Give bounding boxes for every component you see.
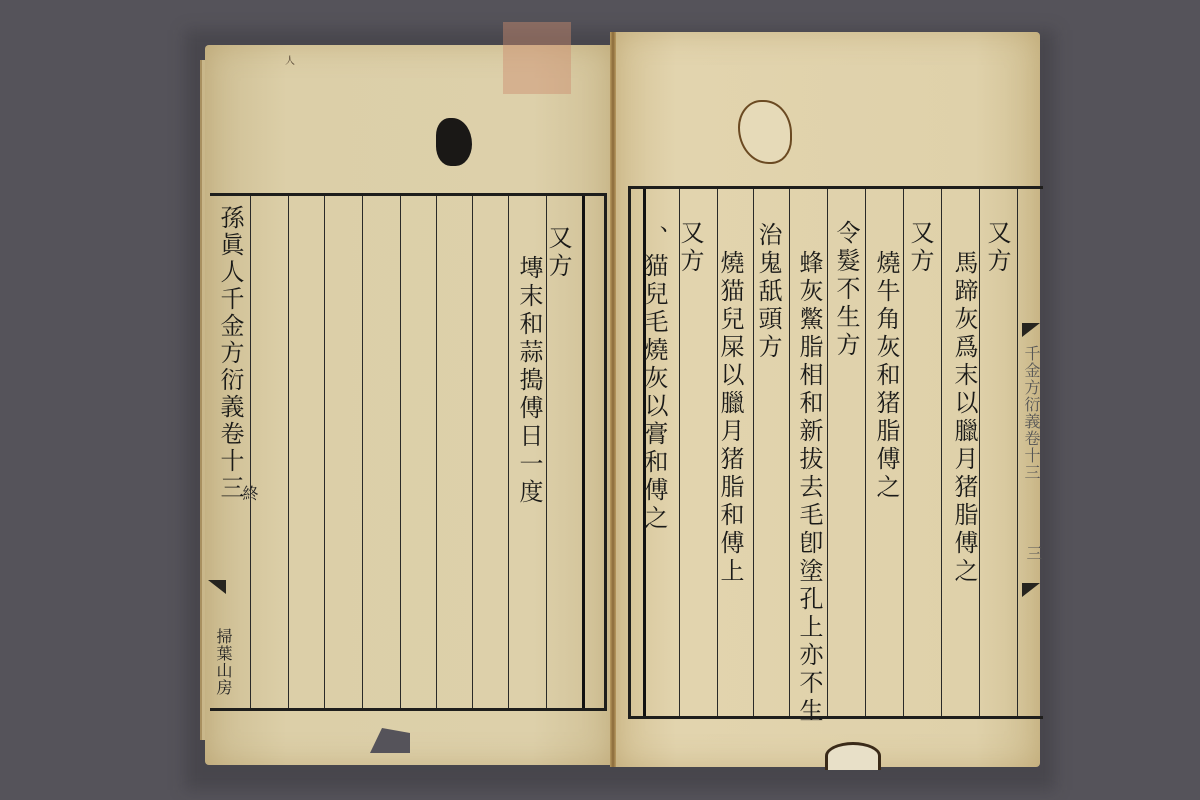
red-seal-stamp xyxy=(503,22,571,94)
recipe-body: 馬蹄灰爲末以臘月猪脂傅之 xyxy=(952,250,976,586)
end-mark: 終 xyxy=(238,485,261,502)
recipe-body: 塼末和蒜搗傅日一度 xyxy=(517,255,541,507)
recipe-heading: 又方 xyxy=(908,220,932,276)
recipe-heading: 治鬼舐頭方 xyxy=(756,222,780,362)
recipe-heading: 令髮不生方 xyxy=(834,220,858,360)
top-marker: 人 xyxy=(285,52,295,67)
worm-hole-left xyxy=(436,118,472,166)
recipe-body: 蜂灰鱉脂相和新拔去毛卽塗孔上亦不生 xyxy=(797,250,821,726)
publisher-imprint: 掃葉山房 xyxy=(212,628,235,696)
recipe-heading: 又方 xyxy=(546,225,570,281)
recipe-body: 燒猫兒屎以臘月猪脂和傅上 xyxy=(718,250,742,586)
recipe-heading: 又方 xyxy=(678,220,702,276)
recipe-body: 、猫兒毛燒灰以膏和傅之 xyxy=(642,225,666,533)
margin-title: 千金方衍義卷十三 xyxy=(1020,345,1043,481)
binding-thread xyxy=(825,742,881,770)
page-number: 三 xyxy=(1022,545,1045,562)
book-spine xyxy=(610,32,616,767)
book-title-column: 孫眞人千金方衍義卷十三 xyxy=(218,205,242,502)
recipe-body: 燒牛角灰和猪脂傅之 xyxy=(874,250,898,502)
recipe-heading: 又方 xyxy=(985,220,1009,276)
